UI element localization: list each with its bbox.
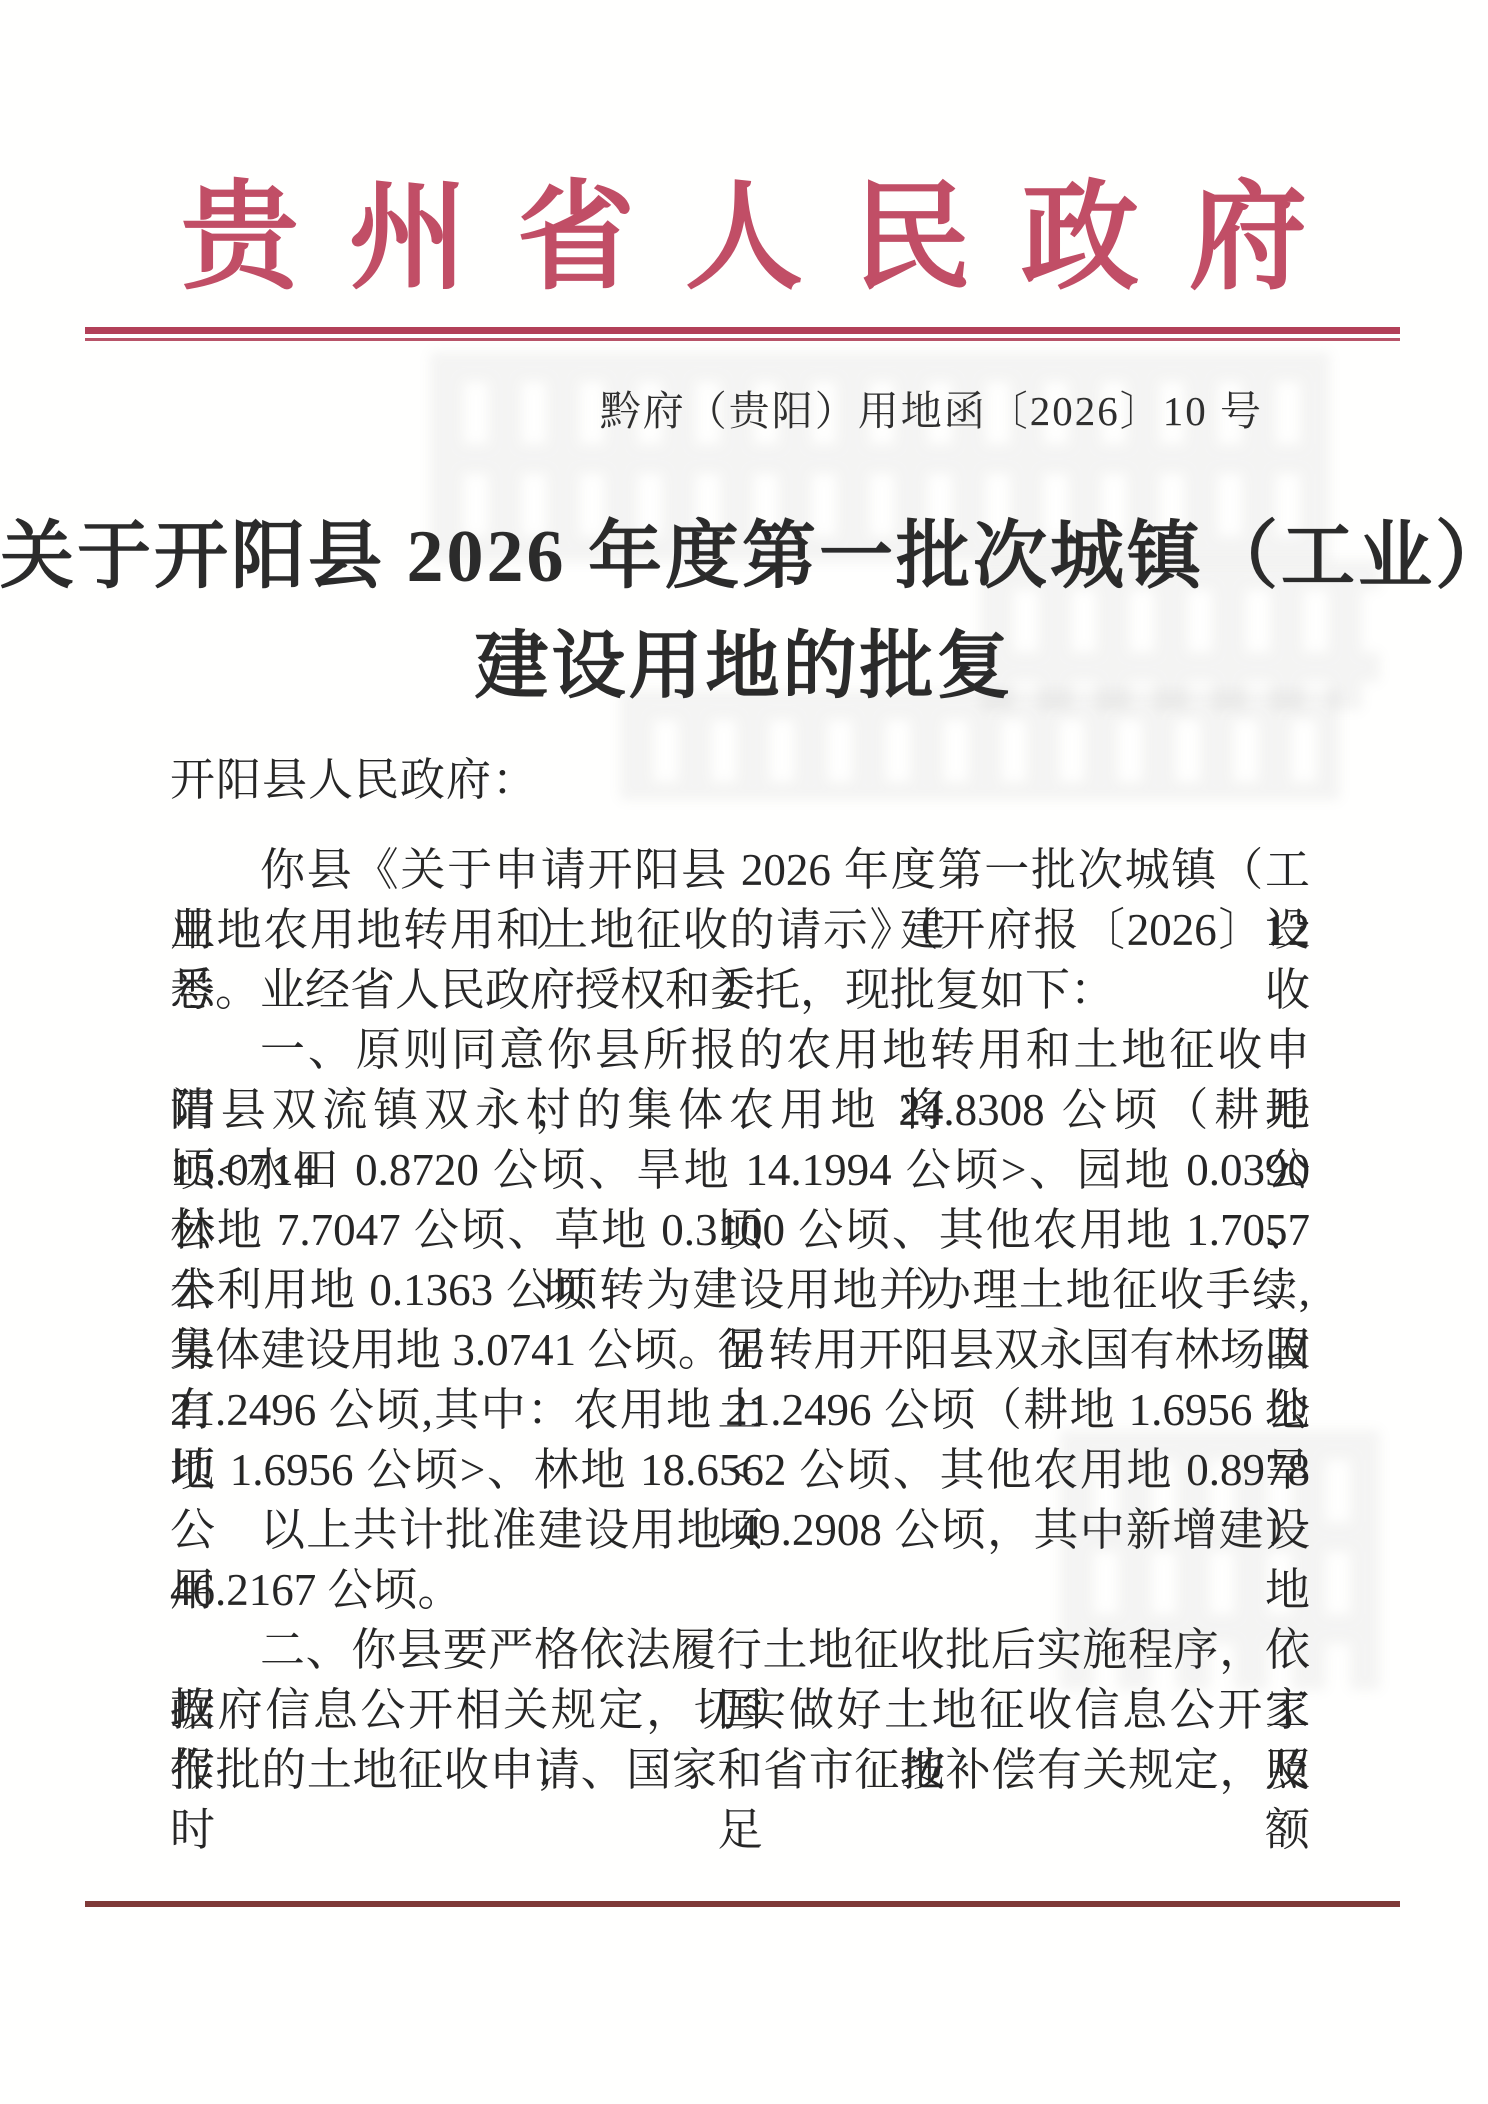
salutation: 开阳县人民政府： — [170, 750, 1310, 810]
body-line: 二、你县要严格依法履行土地征收批后实施程序，依据国家 — [170, 1620, 1310, 1680]
body-line: 21.2496 公顷,其中：农用地 21.2496 公顷（耕地 1.6956 公… — [170, 1380, 1310, 1440]
footer-rule — [85, 1901, 1400, 1907]
body-line: 你县《关于申请开阳县 2026 年度第一批次城镇（工业）建设 — [170, 840, 1310, 900]
body-line: 阳县双流镇双永村的集体农用地 24.8308 公顷（耕地 15.0714 公 — [170, 1080, 1310, 1140]
body-line: 林地 7.7047 公顷、草地 0.3100 公顷、其他农用地 1.7057 公… — [170, 1200, 1310, 1260]
body-line: 以上共计批准建设用地 49.2908 公顷，其中新增建设用地 — [170, 1500, 1310, 1560]
body-line: 一、原则同意你县所报的农用地转用和土地征收申请，将开 — [170, 1020, 1310, 1080]
body-line: 顷<水田 0.8720 公顷、旱地 14.1994 公顷>、园地 0.0390 … — [170, 1140, 1310, 1200]
masthead-rule-thin — [85, 338, 1400, 341]
org-masthead-title: 贵州省人民政府 — [0, 168, 1488, 310]
body-line: 报批的土地征收申请、国家和省市征地补偿有关规定，及时足额 — [170, 1740, 1310, 1800]
body-line: 用地农用地转用和土地征收的请示》（开府报〔2026〕12 号）收 — [170, 900, 1310, 960]
document-title: 关于开阳县 2026 年度第一批次城镇（工业） 建设用地的批复 — [0, 502, 1488, 722]
body-lines: 你县《关于申请开阳县 2026 年度第一批次城镇（工业）建设用地农用地转用和土地… — [170, 840, 1310, 1800]
document-number: 黔府（贵阳）用地函〔2026〕10 号 — [600, 378, 1263, 437]
document-body: 开阳县人民政府： 你县《关于申请开阳县 2026 年度第一批次城镇（工业）建设用… — [170, 750, 1310, 1800]
document-title-line2: 建设用地的批复 — [0, 612, 1488, 722]
body-line: 政府信息公开相关规定，切实做好土地征收信息公开工作；按照 — [170, 1680, 1310, 1740]
document-title-line1: 关于开阳县 2026 年度第一批次城镇（工业） — [0, 502, 1488, 612]
body-line: 地 1.6956 公顷>、林地 18.6562 公顷、其他农用地 0.8978 … — [170, 1440, 1310, 1500]
masthead-rule-thick — [85, 327, 1400, 334]
body-line: 未利用地 0.1363 公顷转为建设用地并办理土地征收手续,另征收 — [170, 1260, 1310, 1320]
document-page: 贵州省人民政府 黔府（贵阳）用地函〔2026〕10 号 关于开阳县 2026 年… — [0, 0, 1488, 2104]
body-line: 集体建设用地 3.0741 公顷。另转用开阳县双永国有林场国有土地 — [170, 1320, 1310, 1380]
